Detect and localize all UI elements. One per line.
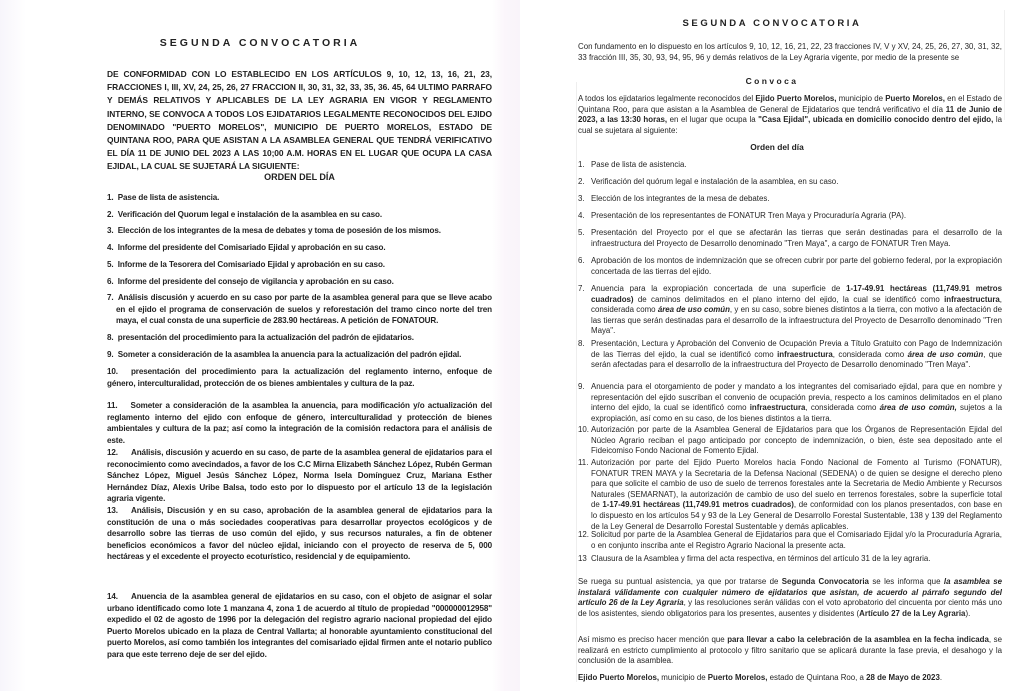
right-agenda-item-2: 2.Verificación del quórum legal e instal… (578, 177, 1002, 188)
right-call-paragraph: A todos los ejidatarios legalmente recon… (578, 94, 1002, 136)
left-agenda-item-7: 7. Análisis discusión y acuerdo en su ca… (107, 292, 492, 327)
left-agenda-heading: ORDEN DEL DÍA (107, 172, 492, 182)
left-agenda-item-5: 5. Informe de la Tesorera del Comisariad… (107, 259, 492, 271)
right-agenda-item-5: 5.Presentación del Proyecto por el que s… (578, 228, 1002, 249)
page-fold-line (576, 82, 577, 682)
right-agenda-item-13: 13Clausura de la Asamblea y firma del ac… (578, 554, 1002, 565)
right-agenda-heading: Orden del día (520, 142, 1024, 152)
right-agenda-item-6: 6.Aprobación de los montos de indemnizac… (578, 256, 1002, 277)
left-intro-paragraph: DE CONFORMIDAD CON LO ESTABLECIDO EN LOS… (107, 68, 492, 174)
left-agenda-item-12: 12.Análisis, discusión y acuerdo en su c… (107, 447, 492, 505)
right-agenda-item-11: 11.Autorización por parte del Ejido Puer… (578, 458, 1002, 532)
left-page-title: SEGUNDA CONVOCATORIA (0, 37, 520, 49)
left-agenda-item-6: 6. Informe del presidente del consejo de… (107, 276, 492, 288)
right-agenda-item-9: 9.Anuencia para el otorgamiento de poder… (578, 382, 1002, 424)
right-agenda-item-7: 7.Anuencia para la expropiación concerta… (578, 284, 1002, 337)
left-agenda-item-10: 10.presentación del procedimiento para l… (107, 366, 492, 389)
right-preamble: Con fundamento en lo dispuesto en los ar… (578, 42, 1002, 63)
right-agenda-item-8: 8.Presentación, Lectura y Aprobación del… (578, 339, 1002, 371)
left-agenda-item-13: 13.Análisis, Discusión y en su caso, apr… (107, 505, 492, 563)
left-agenda-item-8: 8. presentación del procedimiento para l… (107, 332, 492, 344)
left-agenda-item-9: 9. Someter a consideración de la asamble… (107, 349, 492, 361)
left-agenda-item-2: 2. Verificación del Quorum legal e insta… (107, 209, 492, 221)
right-protocol-paragraph: Así mismo es preciso hacer mención que p… (578, 635, 1002, 667)
left-agenda-item-4: 4. Informe del presidente del Comisariad… (107, 242, 492, 254)
right-agenda-item-12: 12.Solicitud por parte de la Asamblea Ge… (578, 530, 1002, 551)
left-agenda-item-11: 11.Someter a consideración de la asamble… (107, 400, 492, 446)
convoca-heading: Convoca (520, 76, 1024, 86)
left-agenda-item-3: 3. Elección de los integrantes de la mes… (107, 225, 492, 237)
right-page-title: SEGUNDA CONVOCATORIA (520, 18, 1024, 29)
right-notice-paragraph: Se ruega su puntual asistencia, ya que p… (578, 577, 1002, 619)
right-agenda-item-10: 10.Autorización por parte de la Asamblea… (578, 425, 1002, 457)
right-agenda-item-4: 4.Presentación de los representantes de … (578, 211, 1002, 222)
left-agenda-item-1: 1. Pase de lista de asistencia. (107, 192, 492, 204)
left-agenda-item-14: 14.Anuencia de la asamblea general de ej… (107, 591, 492, 661)
right-agenda-item-3: 3.Elección de los integrantes de la mesa… (578, 194, 1002, 205)
right-signoff: Ejido Puerto Morelos, municipio de Puert… (578, 673, 1002, 684)
right-agenda-item-1: 1.Pase de lista de asistencia. (578, 160, 1002, 171)
